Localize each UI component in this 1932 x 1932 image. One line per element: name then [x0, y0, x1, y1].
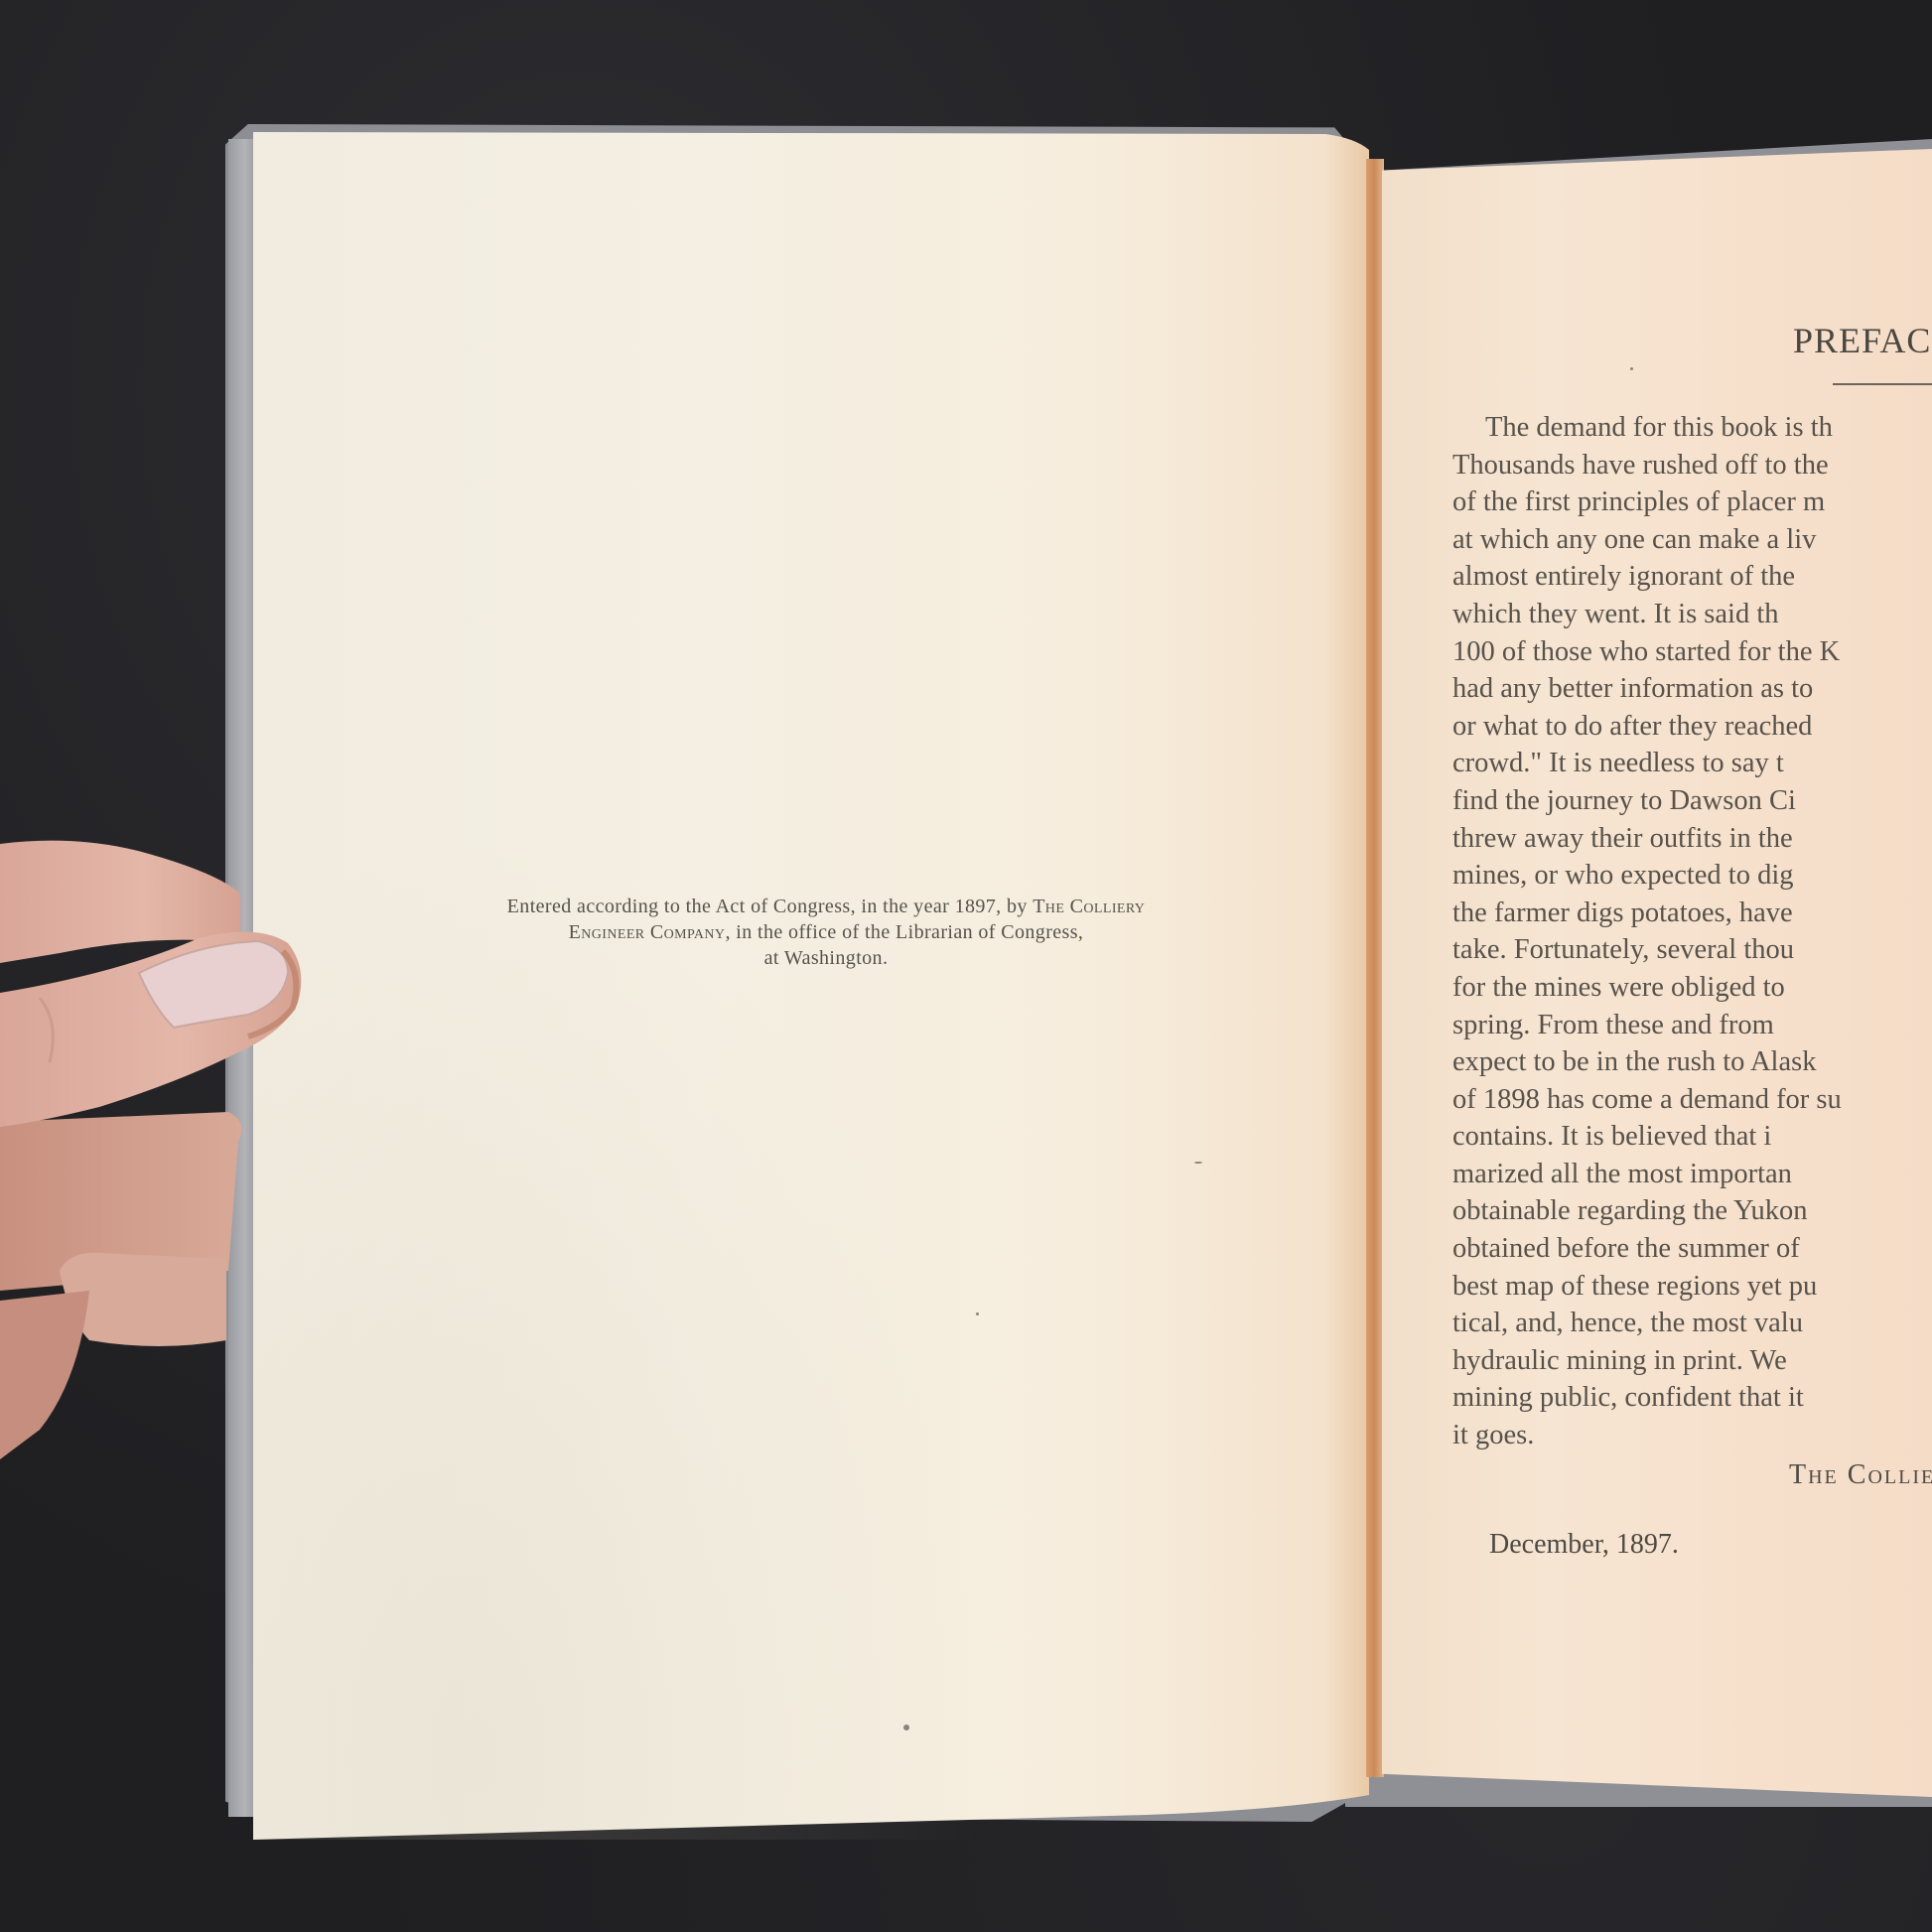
preface-date: December, 1897.: [1489, 1529, 1679, 1561]
book-gutter: [1366, 159, 1384, 1777]
preface-line: threw away their outfits in the: [1452, 820, 1932, 858]
preface-line: of the first principles of placer m: [1452, 483, 1932, 521]
preface-line: 100 of those who started for the K: [1452, 633, 1932, 671]
preface-line: mining public, confident that it: [1452, 1379, 1932, 1417]
preface-line: mines, or who expected to dig: [1452, 857, 1932, 895]
preface-line: almost entirely ignorant of the: [1452, 558, 1932, 596]
preface-line: The demand for this book is th: [1452, 409, 1932, 447]
publisher-name-part1: The Colliery: [1033, 896, 1145, 917]
publisher-name-part2: Engineer Company: [569, 921, 726, 943]
preface-line: hydraulic mining in print. We: [1452, 1342, 1932, 1380]
preface-body: The demand for this book is th Thousands…: [1452, 409, 1932, 1454]
preface-line: of 1898 has come a demand for su: [1452, 1081, 1932, 1119]
copyright-line3: at Washington.: [367, 945, 1285, 971]
preface-line: contains. It is believed that i: [1452, 1118, 1932, 1156]
preface-line: marized all the most importan: [1452, 1156, 1932, 1193]
paper-speck: [1194, 1162, 1202, 1164]
preface-line: crowd." It is needless to say t: [1452, 745, 1932, 782]
preface-line: at which any one can make a liv: [1452, 521, 1932, 559]
copyright-line1: Entered according to the Act of Congress…: [507, 896, 1034, 917]
preface-line: best map of these regions yet pu: [1452, 1268, 1932, 1306]
preface-line: obtainable regarding the Yukon: [1452, 1192, 1932, 1230]
paper-speck: [1630, 367, 1633, 370]
copyright-line2: , in the office of the Librarian of Cong…: [725, 921, 1083, 943]
preface-line: had any better information as to: [1452, 670, 1932, 708]
preface-line: find the journey to Dawson Ci: [1452, 782, 1932, 820]
hand-thumb-holding-page: [0, 824, 318, 1539]
preface-line: the farmer digs potatoes, have: [1452, 895, 1932, 932]
title-rule: [1833, 383, 1932, 385]
preface-title: PREFACE: [1793, 320, 1932, 361]
preface-line: spring. From these and from: [1452, 1007, 1932, 1044]
preface-line: which they went. It is said th: [1452, 596, 1932, 633]
preface-line: it goes.: [1452, 1417, 1932, 1454]
preface-line: tical, and, hence, the most valu: [1452, 1305, 1932, 1342]
paper-speck: [903, 1725, 909, 1730]
preface-line: for the mines were obliged to: [1452, 969, 1932, 1007]
preface-line: take. Fortunately, several thou: [1452, 931, 1932, 969]
preface-line: or what to do after they reached: [1452, 708, 1932, 746]
paper-speck: [976, 1312, 979, 1315]
left-page: [253, 132, 1369, 1840]
copyright-notice: Entered according to the Act of Congress…: [367, 894, 1285, 971]
preface-line: expect to be in the rush to Alask: [1452, 1043, 1932, 1081]
preface-line: Thousands have rushed off to the: [1452, 447, 1932, 484]
preface-line: obtained before the summer of: [1452, 1230, 1932, 1268]
preface-signature: The Colliery: [1789, 1459, 1932, 1491]
